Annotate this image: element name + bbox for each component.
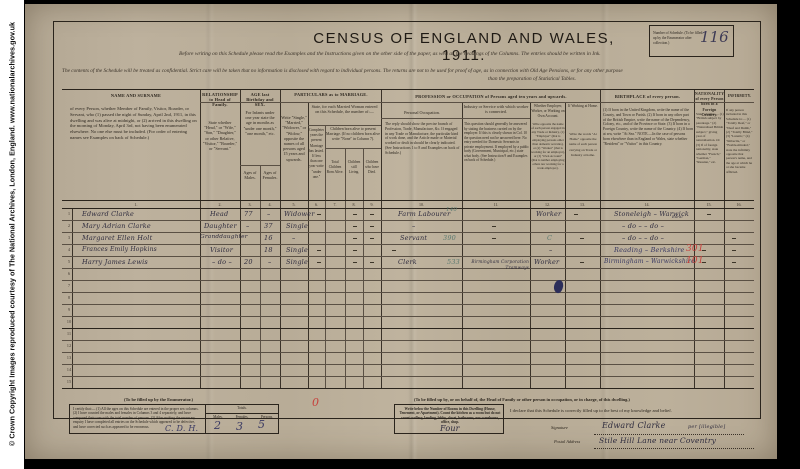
row-number: 2: [64, 223, 74, 228]
relationship: Visitor: [210, 246, 233, 254]
total-females: 3: [236, 420, 243, 433]
col-header-infirmity-body: If any person included in this Schedule …: [726, 108, 754, 174]
relationship: Head: [210, 210, 228, 218]
total-males: 2: [214, 419, 221, 432]
person-name: Edward Clarke: [82, 210, 134, 218]
margin-mark: 0: [312, 396, 319, 409]
age-female: 37: [264, 222, 273, 230]
col-header-profession: PROFESSION or OCCUPATION of Persons aged…: [382, 94, 600, 99]
employment-status: C: [547, 234, 552, 242]
schedule-number-box: Number of Schedule. (To be filled up by …: [649, 25, 734, 57]
row-number: 10: [64, 319, 74, 324]
totals-label: Totals.: [206, 406, 278, 410]
col-number: 5.: [280, 202, 308, 207]
person-name: Harry James Lewis: [82, 258, 148, 266]
form-frame: CENSUS OF ENGLAND AND WALES, 1911. Befor…: [53, 21, 761, 419]
signature-label: Signature: [551, 425, 568, 430]
occupation-code: 390: [443, 234, 456, 242]
birthplace-code: 301: [686, 244, 704, 254]
col-header-condition: Write "Single," "Married," "Widower," or…: [281, 115, 307, 162]
col-header-industry: Industry or Service with which worker is…: [463, 104, 529, 114]
occupation: –: [412, 222, 415, 230]
relationship: – do –: [212, 258, 232, 266]
row-number: 3: [64, 235, 74, 240]
col-number: 4.: [260, 202, 280, 207]
birthplace: Reading – Berkshire: [614, 246, 685, 254]
row-number: 1: [64, 211, 74, 216]
age-male: 20: [244, 258, 253, 266]
enumerator-caption: (To be filled up by the Enumerator.): [124, 397, 193, 402]
signature-note: per [illegible]: [688, 424, 725, 430]
occupation: Farm Labourer: [398, 210, 450, 218]
enumerator-initials: C. D. H.: [165, 424, 198, 433]
marital-condition: –: [292, 234, 295, 242]
row-number: 13: [64, 355, 74, 360]
col-header-personal-occupation-body: The reply should show the precise branch…: [385, 122, 461, 156]
col-header-children-died: Children who have Died.: [364, 160, 380, 176]
females-label: Females.: [230, 415, 254, 419]
col-header-relationship: RELATIONSHIP to Head of Family.: [201, 92, 239, 108]
postal-address-label: Postal Address: [554, 439, 580, 444]
row-number: 6: [64, 271, 74, 276]
rooms-box: Write below the Number of Rooms in this …: [394, 404, 504, 434]
col-number: 3.: [240, 202, 260, 207]
marital-condition: Widower: [284, 210, 315, 218]
age-female: –: [268, 258, 271, 266]
postal-address: Stile Hill Lane near Coventry: [599, 436, 716, 445]
relationship: Granddaughter: [200, 234, 248, 240]
age-female: 18: [264, 246, 273, 254]
occupation-code: 533: [447, 258, 460, 266]
col-number: 8.: [345, 202, 363, 207]
enumerator-box: I certify that:— (1) All the ages on thi…: [69, 404, 279, 434]
col-header-birthplace-body: (1) If born in the United Kingdom, write…: [603, 108, 693, 146]
row-number: 14: [64, 367, 74, 372]
declaration: I declare that this Schedule is correctl…: [510, 408, 672, 413]
col-header-at-home-body: Write the words "At Home" opposite the n…: [566, 132, 600, 158]
marital-condition: Single: [286, 258, 308, 266]
head-of-family-caption: (To be filled up by, or on behalf of, th…: [414, 397, 630, 402]
col-header-employer-body: Write opposite the name of each person e…: [531, 122, 565, 170]
total-persons: 5: [258, 418, 265, 431]
col-header-marriage: PARTICULARS as to MARRIAGE.: [281, 92, 381, 97]
person-name: Mary Adrian Clarke: [82, 222, 151, 230]
birthplace: Birmingham – Warwickshire: [604, 258, 695, 265]
age-male: –: [246, 222, 249, 230]
col-header-completed-years: Completed years the present Marriage has…: [309, 128, 324, 180]
col-number: 7.: [325, 202, 345, 207]
occupation: Clerk: [398, 258, 417, 266]
birthplace-code: 101: [686, 256, 704, 266]
form-title: CENSUS OF ENGLAND AND WALES, 1911.: [304, 30, 624, 64]
instruction-line-2: The contents of the Schedule will be tre…: [62, 67, 752, 83]
col-number: 13.: [565, 202, 600, 207]
col-header-nationality-body: State whether:— (1) "British subject by …: [696, 112, 724, 165]
age-female: 16: [264, 234, 273, 242]
col-header-children: Children born alive to present Marriage.…: [326, 127, 380, 143]
instruction-tail: than the preparation of Statistical Tabl…: [62, 75, 752, 83]
marital-condition: Single: [286, 222, 308, 230]
col-number: 12.: [530, 202, 565, 207]
col-header-name: NAME AND SURNAME: [72, 93, 200, 98]
rooms-instruction: Write below the Number of Rooms in this …: [398, 407, 502, 425]
col-header-relationship-body: State whether "Head," or "Wife," "Son," …: [202, 120, 238, 151]
census-schedule-page: CENSUS OF ENGLAND AND WALES, 1911. Befor…: [25, 4, 777, 459]
col-header-personal-occupation: Personal Occupation.: [383, 110, 461, 115]
signature: Edward Clarke: [602, 421, 666, 430]
birthplace: – do – – do –: [622, 234, 664, 242]
occupation: Servant: [400, 234, 427, 242]
col-header-name-body: of every Person, whether Member of Famil…: [70, 106, 198, 141]
household-table: NAME AND SURNAME of every Person, whethe…: [62, 89, 754, 389]
rooms-count: Four: [440, 424, 460, 433]
copyright-strip: © Crown Copyright Images reproduced cour…: [0, 0, 24, 469]
col-header-children-living: Children still Living.: [346, 160, 362, 176]
row-number: 11: [64, 331, 74, 336]
col-number: 15.: [694, 202, 724, 207]
col-number: 14.: [600, 202, 694, 207]
col-number: 6.: [308, 202, 325, 207]
birthplace: – do – – do –: [622, 222, 664, 230]
schedule-number: 116: [700, 28, 729, 46]
row-number: 7: [64, 283, 74, 288]
col-header-infirmity: INFIRMITY.: [725, 94, 754, 99]
row-number: 15: [64, 379, 74, 384]
row-number: 4: [64, 247, 74, 252]
employment-status: –: [549, 246, 552, 254]
col-header-ages-females: Ages of Females.: [261, 170, 279, 180]
col-number: 16.: [724, 202, 754, 207]
col-number: 1.: [72, 202, 200, 207]
col-header-total-children: Total Children Born Alive.: [326, 160, 344, 176]
person-name: Margaret Ellen Holt: [82, 234, 152, 242]
col-header-birthplace: BIRTHPLACE of every person.: [601, 94, 694, 99]
row-number: 8: [64, 295, 74, 300]
industry: Birmingham Corporation Tramways: [465, 259, 529, 271]
employment-status: Worker: [534, 258, 559, 266]
row-number: 5: [64, 259, 74, 264]
col-header-age-body: For Infants under one year state the age…: [242, 110, 278, 136]
occupation-code: 140: [446, 207, 457, 213]
col-header-married-women: State, for each Married Woman entered on…: [309, 104, 380, 114]
age-male: 77: [244, 210, 253, 218]
row-number: 9: [64, 307, 74, 312]
relationship: Daughter: [204, 222, 237, 230]
col-header-industry-body: This question should generally be answer…: [464, 122, 529, 163]
col-header-ages-males: Ages of Males.: [241, 170, 259, 180]
col-header-employer: Whether Employer, Worker, or Working on …: [531, 104, 565, 120]
instruction-text: The contents of the Schedule will be tre…: [62, 68, 623, 74]
person-name: Frances Emily Hopkins: [82, 246, 157, 253]
col-header-at-home: If Working at Home.: [566, 104, 600, 109]
copyright-notice: © Crown Copyright Images reproduced cour…: [8, 22, 17, 446]
col-header-age: AGE last Birthday and SEX.: [241, 92, 279, 108]
col-number: 2.: [200, 202, 240, 207]
age-female: –: [267, 210, 270, 218]
col-number: 9.: [363, 202, 381, 207]
marital-condition: Single: [286, 246, 308, 254]
employment-status: Worker: [536, 210, 561, 218]
row-number: 12: [64, 343, 74, 348]
birthplace-note: Rural: [672, 215, 683, 219]
totals-box: Totals. Males. Females. Persons. 2 3 5: [205, 405, 278, 433]
schedule-number-label: Number of Schedule. (To be filled up by …: [653, 31, 703, 46]
col-number: 11.: [462, 202, 530, 207]
